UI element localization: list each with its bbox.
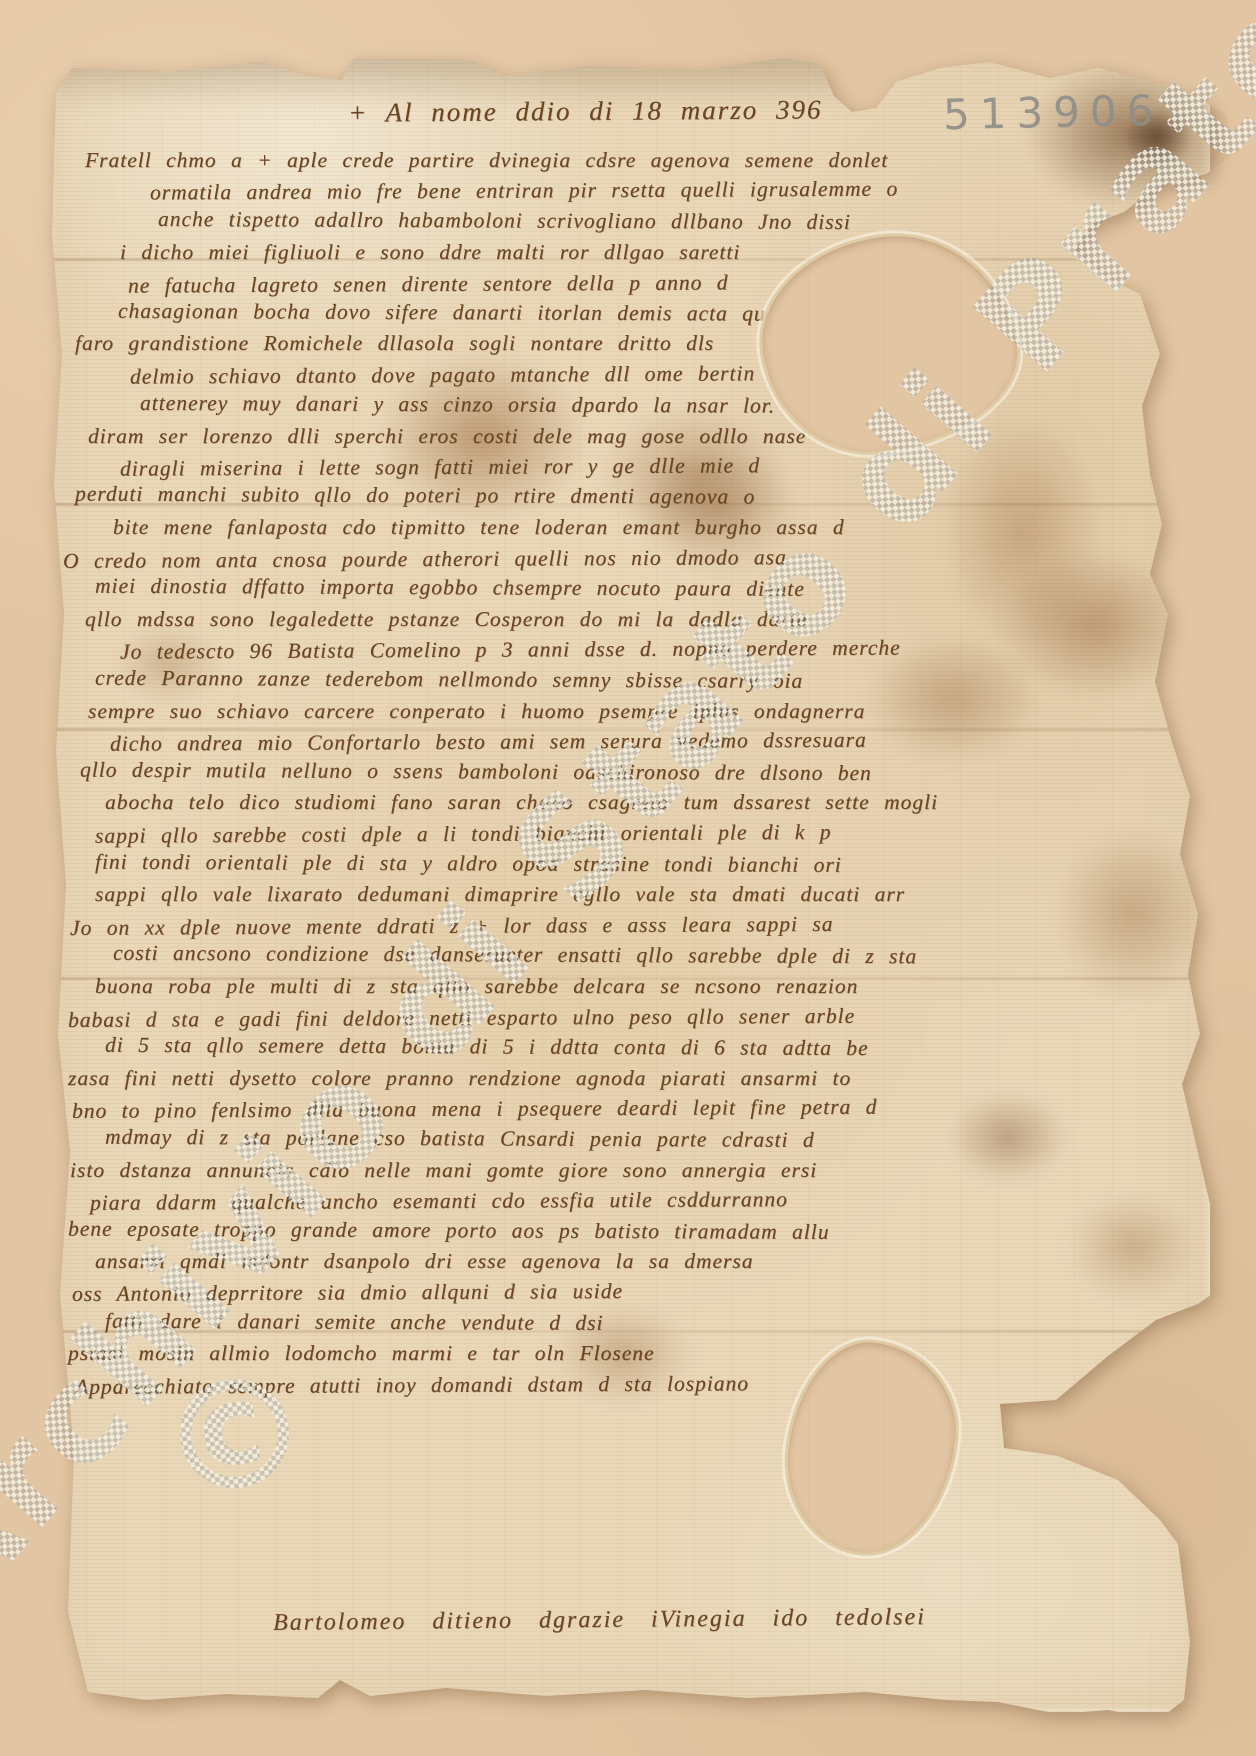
paper-sheet: 513906 + Al nome ddio di 18 marzo 396 Fr… <box>48 52 1210 1712</box>
manuscript-body: Fratell chmo a + aple crede partire dvin… <box>48 145 1198 1399</box>
body-line: Fratell chmo a + aple crede partire dvin… <box>48 145 1198 175</box>
body-line: mdmay di z sta porlane cso batista Cnsar… <box>48 1121 1198 1156</box>
body-line: attenerey muy danari y ass cinzo orsia d… <box>48 388 1198 423</box>
body-line: sappi qllo vale lixarato dedumani dimapr… <box>48 879 1198 909</box>
body-line: anche tispetto adallro habamboloni scriv… <box>48 203 1198 238</box>
body-line: oss Antonio deprritore sia dmio allquni … <box>48 1273 1198 1309</box>
body-line: bene eposate troppo grande amore porto a… <box>48 1213 1198 1248</box>
body-line: fatti dare i danari semite anche vendute… <box>48 1305 1198 1340</box>
body-line: isto dstanza annuncia cdio nelle mani go… <box>48 1155 1198 1185</box>
body-line: bno to pino fenlsimo dlla buona mena i p… <box>48 1090 1198 1126</box>
body-line: Apparecchiato sempre atutti inoy domandi… <box>48 1366 1198 1402</box>
body-line: di 5 sta qllo semere detta bonta di 5 i … <box>48 1030 1198 1065</box>
header-line: + Al nome ddio di 18 marzo 396 <box>348 94 823 128</box>
manuscript-scan: { "document": { "archival_number": "5139… <box>0 0 1256 1756</box>
paper-wrap: 513906 + Al nome ddio di 18 marzo 396 Fr… <box>0 0 1256 1756</box>
body-line: qllo mdssa sono legaledette pstanze Cosp… <box>48 604 1198 634</box>
archival-number: 513906 <box>943 86 1164 140</box>
body-line: miei dinostia dffatto importa egobbo chs… <box>48 571 1198 606</box>
body-line: crede Paranno zanze tederebom nellmondo … <box>48 662 1198 697</box>
body-line: pstasi mosin allmio lodomcho marmi e tar… <box>48 1338 1198 1368</box>
body-line: diram ser lorenzo dlli sperchi eros cost… <box>48 421 1198 451</box>
body-line: chasagionan bocha dovo sifere danarti it… <box>48 295 1198 330</box>
body-line: fini tondi orientali ple di sta y aldro … <box>48 846 1198 881</box>
body-line: perduti manchi subito qllo do poteri po … <box>48 479 1198 514</box>
body-line: zasa fini netti dysetto colore pranno re… <box>48 1063 1198 1093</box>
body-line: qllo despir mutila nelluno o ssens bambo… <box>48 754 1198 789</box>
body-line: abocha telo dico studiomi fano saran cha… <box>48 787 1198 817</box>
body-line: Jo tedescto 96 Batista Comelino p 3 anni… <box>48 631 1198 667</box>
body-line: i dicho miei figliuoli e sono ddre malti… <box>48 237 1198 267</box>
body-line: sempre suo schiavo carcere conperato i h… <box>48 696 1198 726</box>
body-line: costi ancsono condizione dse danserueter… <box>48 938 1198 973</box>
body-line: sappi qllo sarebbe costi dple a li tondi… <box>48 815 1198 851</box>
body-line: piara ddarm qualche ancho esemanti cdo e… <box>48 1182 1198 1218</box>
body-line: bite mene fanlaposta cdo tipmitto tene l… <box>48 512 1198 542</box>
body-line: ansarm qmdi isdontr dsanpolo dri esse ag… <box>48 1246 1198 1276</box>
body-line: faro grandistione Romichele dllasola sog… <box>48 328 1198 358</box>
body-line: delmio schiavo dtanto dove pagato mtanch… <box>48 356 1198 392</box>
body-line: buona roba ple multi di z sta qllo sareb… <box>48 971 1198 1001</box>
signature-line: Bartolomeo ditieno dgrazie iVinegia ido … <box>273 1604 926 1637</box>
